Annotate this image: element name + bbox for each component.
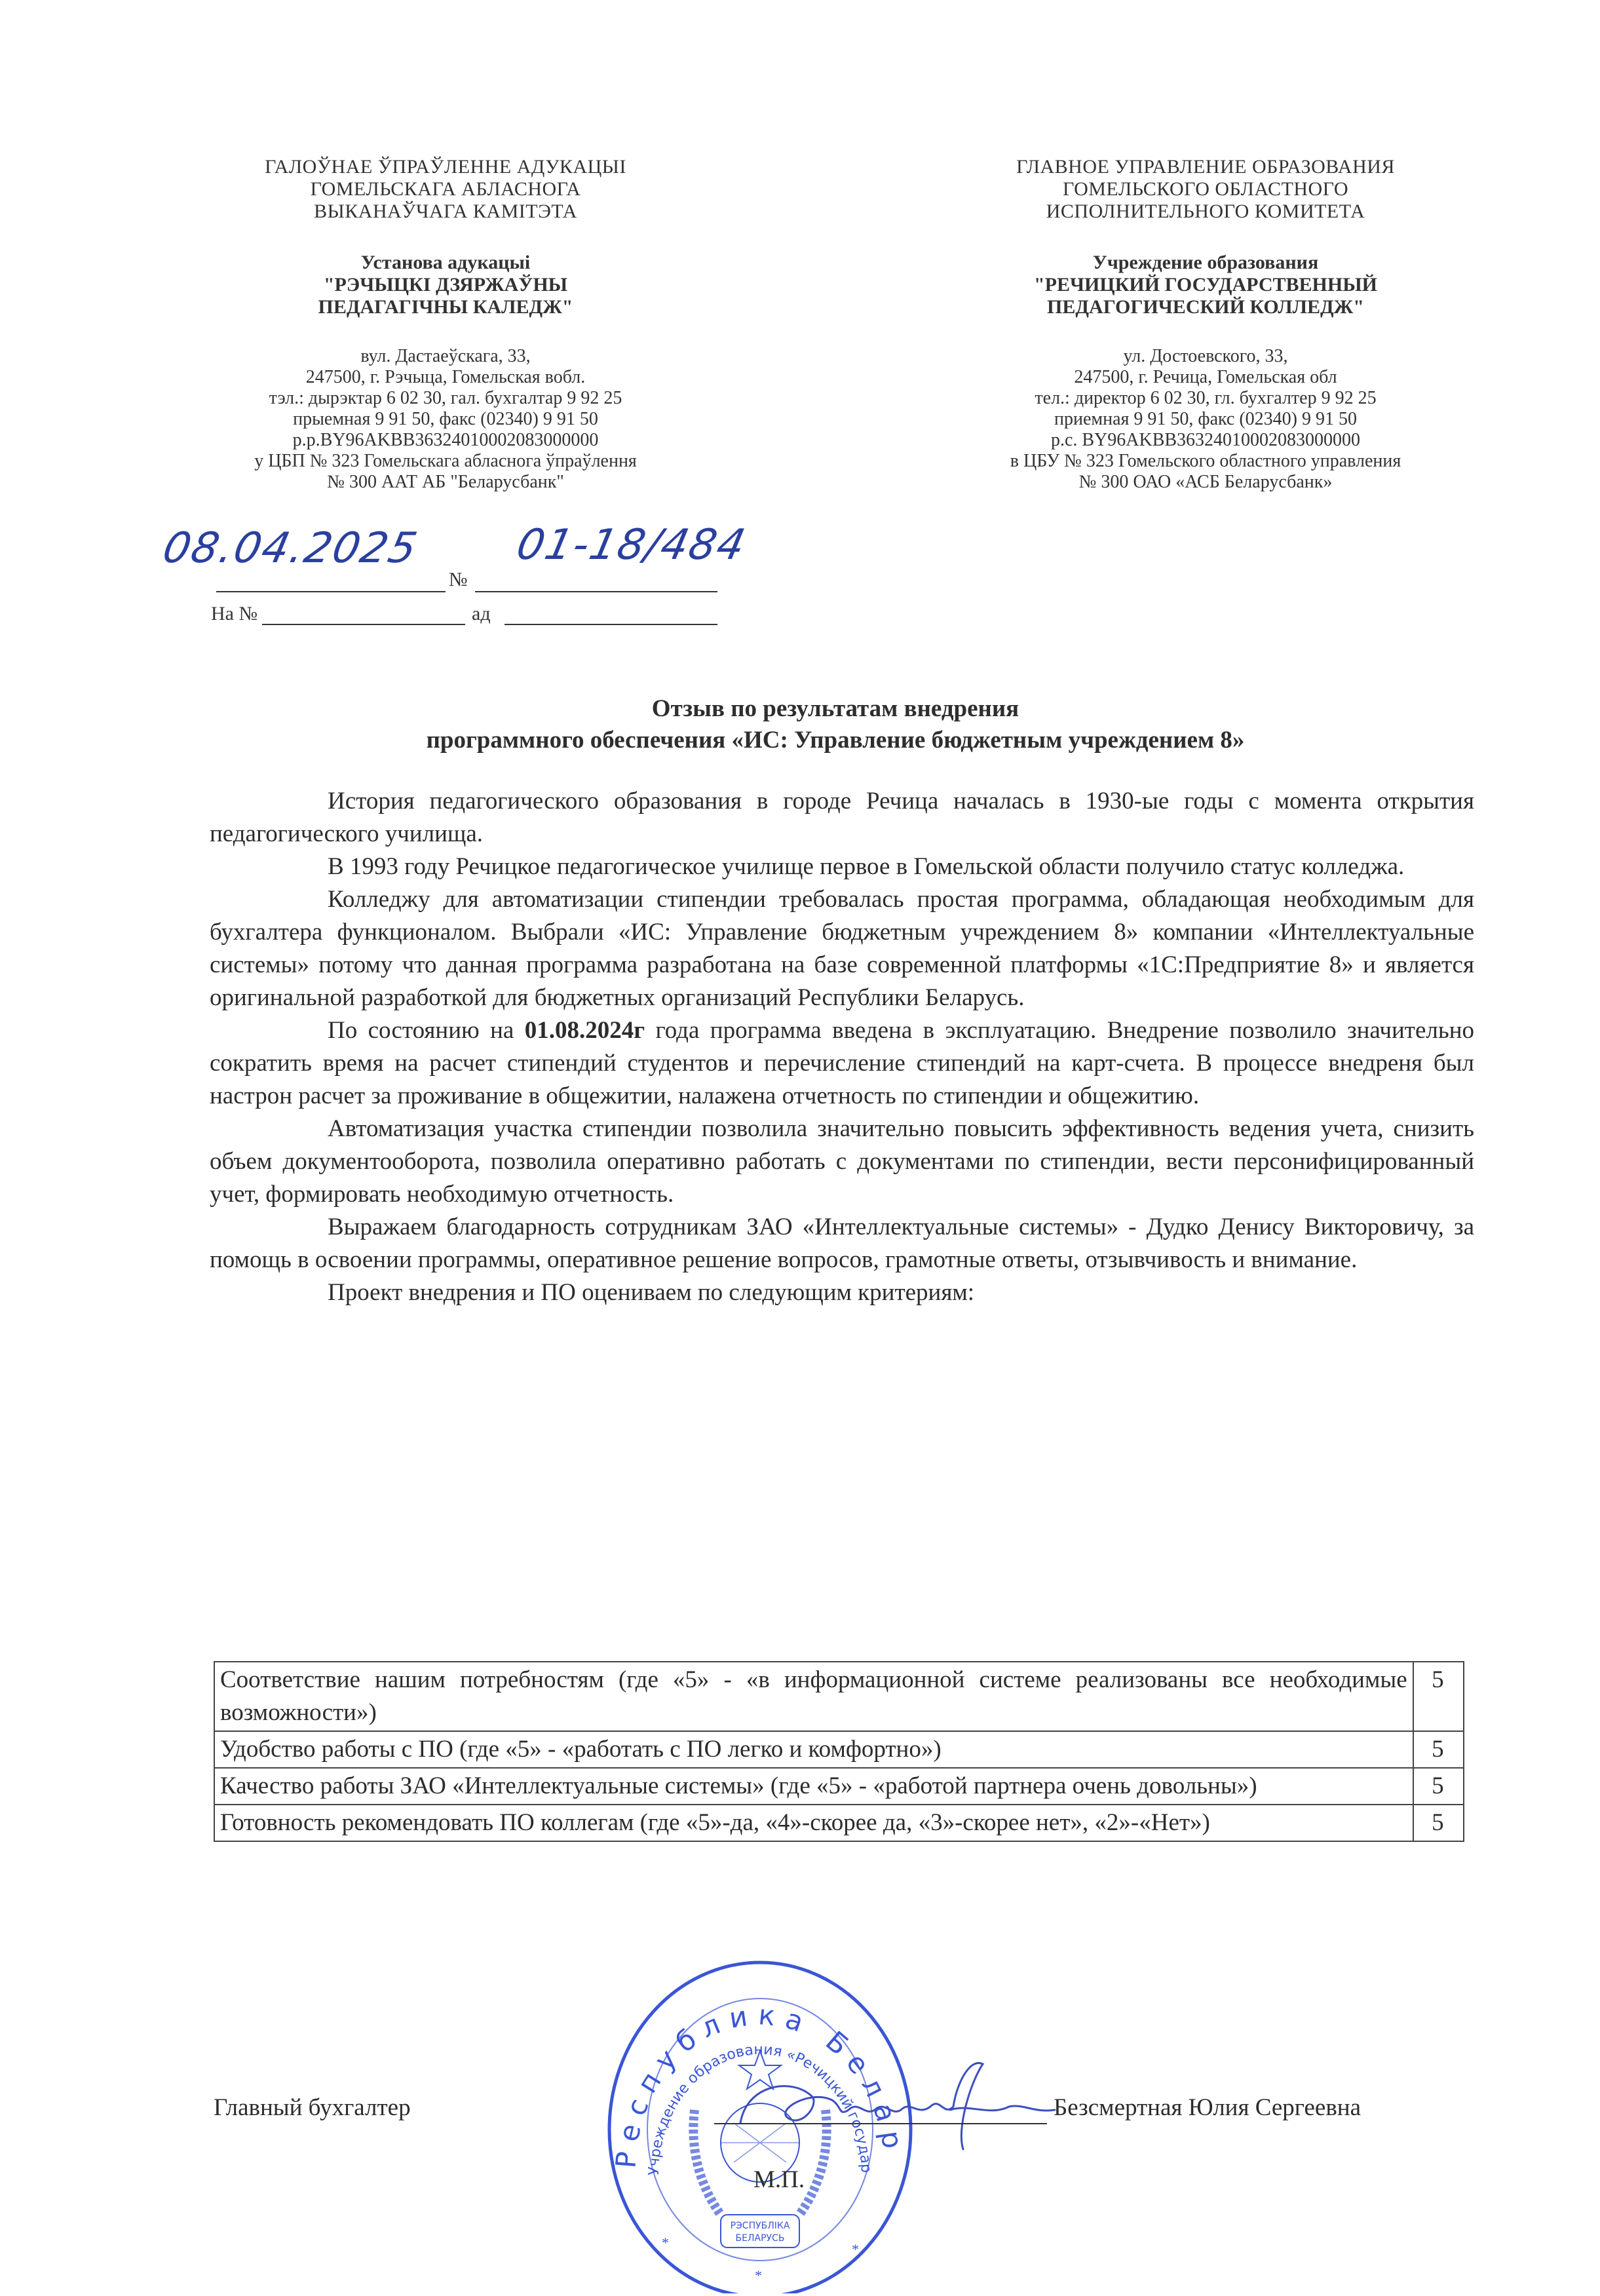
address-line: в ЦБУ № 323 Гомельского областного управ… (943, 451, 1468, 472)
signer-position: Главный бухгалтер (214, 2094, 411, 2122)
criterion-cell: Удобство работы с ПО (где «5» - «работат… (214, 1731, 1413, 1768)
address-line: р.с. BY96AKBB36324010002083000000 (943, 430, 1468, 451)
org-name-line: "РЭЧЫЦКІ ДЗЯРЖАЎНЫ (197, 274, 695, 296)
date-underline (216, 591, 446, 592)
paragraph: Колледжу для автоматизации стипендии тре… (210, 883, 1474, 1014)
table-row: Соответствие нашим потребностям (где «5»… (214, 1662, 1464, 1731)
title-line: программного обеспечения «ИС: Управление… (197, 725, 1474, 756)
authority-line: ВЫКАНАЎЧАГА КАМІТЭТА (197, 201, 695, 223)
address-line: 247500, г. Речица, Гомельская обл (943, 367, 1468, 388)
from-underline (505, 624, 717, 625)
criterion-cell: Качество работы ЗАО «Интеллектуальные си… (214, 1768, 1413, 1805)
letterhead-right: ГЛАВНОЕ УПРАВЛЕНИЕ ОБРАЗОВАНИЯ ГОМЕЛЬСКО… (943, 156, 1468, 493)
table-row: Качество работы ЗАО «Интеллектуальные си… (214, 1768, 1464, 1805)
number-label: № (449, 569, 468, 591)
org-type: Учреждение образования (943, 252, 1468, 274)
address-line: № 300 ОАО «АСБ Беларусбанк» (943, 472, 1468, 493)
address-line: прыемная 9 91 50, факс (02340) 9 91 50 (197, 409, 695, 430)
paragraph: Проект внедрения и ПО оцениваем по следу… (210, 1276, 1474, 1309)
paragraph: Выражаем благодарность сотрудникам ЗАО «… (210, 1211, 1474, 1276)
score-cell: 5 (1413, 1768, 1464, 1805)
table-row: Удобство работы с ПО (где «5» - «работат… (214, 1731, 1464, 1768)
address-line: вул. Дастаеўскага, 33, (197, 346, 695, 367)
score-cell: 5 (1413, 1662, 1464, 1731)
deployment-date: 01.08.2024г (525, 1017, 645, 1044)
handwritten-date: 08.04.2025 (159, 524, 422, 573)
org-name-line: "РЕЧИЦКИЙ ГОСУДАРСТВЕННЫЙ (943, 274, 1468, 296)
handwritten-number: 01-18/484 (512, 521, 750, 569)
document-title: Отзыв по результатам внедрения программн… (197, 693, 1474, 756)
number-underline (475, 591, 717, 592)
authority-line: ГОМЕЛЬСКОГО ОБЛАСТНОГО (943, 178, 1468, 201)
reply-to-underline (262, 624, 465, 625)
handwritten-signature-icon (734, 2044, 1061, 2156)
table-row: Готовность рекомендовать ПО коллегам (гд… (214, 1805, 1464, 1841)
authority-line: ИСПОЛНИТЕЛЬНОГО КОМИТЕТА (943, 201, 1468, 223)
paragraph: Автоматизация участка стипендии позволил… (210, 1113, 1474, 1211)
org-address: ул. Достоевского, 33, 247500, г. Речица,… (943, 346, 1468, 493)
ribbon-text: РЭСПУБЛІКА (731, 2221, 790, 2231)
org-address: вул. Дастаеўскага, 33, 247500, г. Рэчыца… (197, 346, 695, 493)
reply-to-label: На № (211, 603, 257, 625)
address-line: № 300 ААТ АБ "Беларусбанк" (197, 472, 695, 493)
authority-line: ГАЛОЎНАЕ ЎПРАЎЛЕННЕ АДУКАЦЫІ (197, 156, 695, 178)
address-line: р.р.BY96AKBB36324010002083000000 (197, 430, 695, 451)
address-line: у ЦБП № 323 Гомельскага абласнога ўпраўл… (197, 451, 695, 472)
address-line: приемная 9 91 50, факс (02340) 9 91 50 (943, 409, 1468, 430)
svg-text:*: * (662, 2234, 669, 2251)
from-label: ад (472, 603, 491, 625)
letterhead-left: ГАЛОЎНАЕ ЎПРАЎЛЕННЕ АДУКАЦЫІ ГОМЕЛЬСКАГА… (197, 156, 695, 493)
signature-underline (714, 2123, 1047, 2124)
address-line: 247500, г. Рэчыца, Гомельская вобл. (197, 367, 695, 388)
authority-line: ГЛАВНОЕ УПРАВЛЕНИЕ ОБРАЗОВАНИЯ (943, 156, 1468, 178)
title-line: Отзыв по результатам внедрения (197, 693, 1474, 725)
text-span: По состоянию на (328, 1017, 525, 1044)
seal-placeholder-label: М.П. (753, 2166, 805, 2194)
signer-name: Безсмертная Юлия Сергеевна (1054, 2094, 1361, 2122)
org-name-line: ПЕДАГАГІЧНЫ КАЛЕДЖ" (197, 296, 695, 318)
org-type: Установа адукацыі (197, 252, 695, 274)
org-name-line: ПЕДАГОГИЧЕСКИЙ КОЛЛЕДЖ" (943, 296, 1468, 318)
paragraph: История педагогического образования в го… (210, 785, 1474, 851)
svg-text:*: * (755, 2267, 762, 2284)
paragraph: По состоянию на 01.08.2024г года програм… (210, 1014, 1474, 1113)
authority-line: ГОМЕЛЬСКАГА АБЛАСНОГА (197, 178, 695, 201)
paragraph: В 1993 году Речицкое педагогическое учил… (210, 851, 1474, 883)
score-cell: 5 (1413, 1731, 1464, 1768)
criterion-cell: Соответствие нашим потребностям (где «5»… (214, 1662, 1413, 1731)
score-cell: 5 (1413, 1805, 1464, 1841)
address-line: ул. Достоевского, 33, (943, 346, 1468, 367)
ribbon-text: БЕЛАРУСЬ (736, 2233, 785, 2244)
ratings-table: Соответствие нашим потребностям (где «5»… (214, 1661, 1464, 1842)
address-line: тел.: директор 6 02 30, гл. бухгалтер 9 … (943, 388, 1468, 409)
svg-text:*: * (852, 2241, 859, 2257)
criterion-cell: Готовность рекомендовать ПО коллегам (гд… (214, 1805, 1413, 1841)
document-body: История педагогического образования в го… (210, 785, 1474, 1309)
address-line: тэл.: дырэктар 6 02 30, гал. бухгалтар 9… (197, 388, 695, 409)
